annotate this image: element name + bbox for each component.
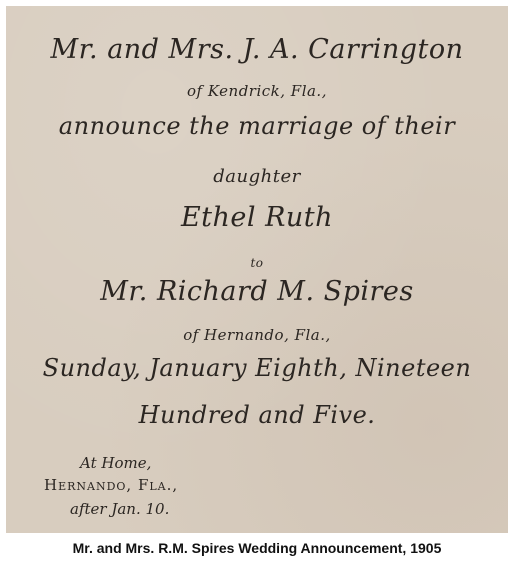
parents-hometown: of Kendrick, Fla., [6,82,508,100]
groom-name: Mr. Richard M. Spires [6,276,508,307]
at-home-place: Hernando, Fla., [44,476,178,494]
announcement-text: announce the marriage of their [6,112,508,140]
groom-hometown: of Hernando, Fla., [6,326,508,344]
bride-name: Ethel Ruth [6,202,508,233]
parents-names: Mr. and Mrs. J. A. Carrington [6,34,508,65]
announcement-photo: Mr. and Mrs. J. A. Carrington of Kendric… [6,6,508,533]
daughter-label: daughter [6,166,508,187]
at-home-label: At Home, [80,454,151,472]
at-home-date: after Jan. 10. [70,500,169,518]
photo-caption: Mr. and Mrs. R.M. Spires Wedding Announc… [0,540,514,556]
wedding-date: Sunday, January Eighth, Nineteen [6,354,508,382]
wedding-year: Hundred and Five. [6,401,508,429]
to-label: to [6,256,508,270]
